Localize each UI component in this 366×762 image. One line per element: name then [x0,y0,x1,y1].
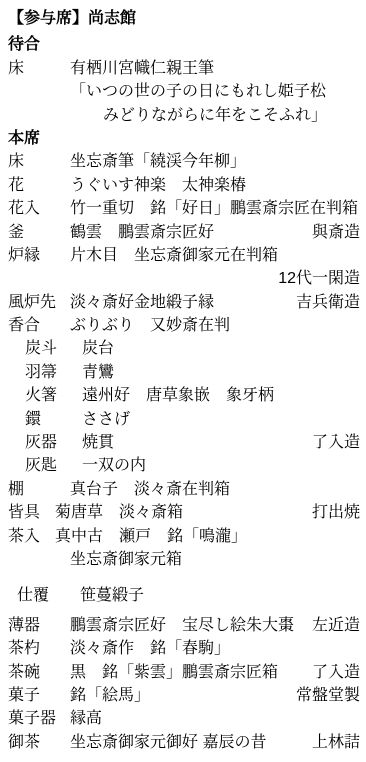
item-label: 茶入 [8,525,55,548]
item-label: 皆具 [8,501,55,524]
item-description: 鵬雲斎宗匠好 宝尽し絵朱大棗 [70,614,312,637]
item-description: 坐忘斎筆「繞渓今年柳」 [70,150,360,173]
item-description: 焼貫 [82,431,312,454]
item-label: 茶碗 [8,661,70,684]
item-label: 香合 [8,314,70,337]
item-label: 菓子器 [8,707,70,730]
item-description: うぐいす神楽 太神楽椿 [70,174,360,197]
maker-name: 吉兵衛造 [296,291,360,314]
record-row: 12代一閑造 [8,267,360,290]
document-title: 【参与席】尚志館 [8,7,360,30]
item-label: 御茶 [8,731,70,754]
record-row: 灰器焼貫了入造 [8,431,360,454]
maker-name: 了入造 [312,661,360,684]
record-row: 花うぐいす神楽 太神楽椿 [8,174,360,197]
item-description: 笹蔓緞子 [80,584,360,607]
record-row: 鐶ささげ [8,408,360,431]
item-description: 炭台 [82,337,360,360]
maker-name: 打出焼 [312,501,360,524]
item-description: 黒 銘「紫雲」鵬雲斎宗匠箱 [70,661,312,684]
item-description: 片木目 坐忘斎御家元在判箱 [70,244,360,267]
record-row: 火箸遠州好 唐草象嵌 象牙柄 [8,384,360,407]
item-label: 火箸 [8,384,82,407]
record-row: 灰匙一双の内 [8,454,360,477]
maker-name: 上林詰 [312,731,360,754]
maker-name: 常盤堂製 [296,684,360,707]
item-label: 鐶 [8,408,82,431]
item-description: 坐忘斎御家元御好 嘉辰の昔 [70,731,312,754]
item-description: 遠州好 唐草象嵌 象牙柄 [82,384,360,407]
record-row: 坐忘斎御家元箱 [8,548,360,571]
record-row: 炭斗炭台 [8,337,360,360]
maker-name: 了入造 [312,431,360,454]
record-row: 羽箒青鸞 [8,361,360,384]
item-description: 淡々斎好金地緞子縁 [70,291,296,314]
record-row: 釜鶴雲 鵬雲斎宗匠好與斎造 [8,221,360,244]
record-row: 風炉先淡々斎好金地緞子縁吉兵衛造 [8,291,360,314]
record-row: 棚真台子 淡々斎在判箱 [8,478,360,501]
item-label: 羽箒 [8,361,82,384]
item-description: 銘「絵馬」 [70,684,296,707]
item-label: 仕覆 [8,584,80,607]
record-row: 御茶坐忘斎御家元御好 嘉辰の昔上林詰 [8,731,360,754]
item-label: 釜 [8,221,70,244]
item-label: 花入 [8,197,70,220]
maker-name: 12代一閑造 [278,267,360,290]
item-description: ぶりぶり 又妙斎在判 [70,314,360,337]
item-label: 棚 [8,478,70,501]
record-row: 菓子銘「絵馬」常盤堂製 [8,684,360,707]
item-description: 有栖川宮幟仁親王筆 [70,57,360,80]
kaiki-document: 【参与席】尚志館 待合床有栖川宮幟仁親王筆「いつの世の子の日にもれし姫子松みどり… [0,0,366,754]
record-row: 炉縁片木目 坐忘斎御家元在判箱 [8,244,360,267]
item-description: ささげ [82,408,360,431]
record-row: 床坐忘斎筆「繞渓今年柳」 [8,150,360,173]
maker-name: 與斎造 [312,221,360,244]
record-row: 床有栖川宮幟仁親王筆 [8,57,360,80]
maker-name: 左近造 [312,614,360,637]
item-label: 菓子 [8,684,70,707]
record-row: 菓子器縁高 [8,707,360,730]
item-description: 一双の内 [82,454,360,477]
item-description: 「いつの世の子の日にもれし姫子松 [70,80,360,103]
record-row: 皆具菊唐草 淡々斎箱打出焼 [8,501,360,524]
item-label: 薄器 [8,614,70,637]
item-description: 竹一重切 銘「好日」鵬雲斎宗匠在判箱 [70,197,360,220]
record-lines: 待合床有栖川宮幟仁親王筆「いつの世の子の日にもれし姫子松みどりながらに年をこそふ… [8,33,360,754]
item-description: 青鸞 [82,361,360,384]
item-description: 真中古 瀬戸 銘「鳴瀧」 [55,525,360,548]
record-row: 仕覆笹蔓緞子 [8,584,360,607]
item-label: 床 [8,150,70,173]
item-description: みどりながらに年をこそふれ」 [70,104,360,127]
section-heading: 待合 [8,33,360,56]
item-description: 縁高 [70,707,360,730]
item-label: 風炉先 [8,291,70,314]
record-row: 「いつの世の子の日にもれし姫子松 [8,80,360,103]
record-row: 香合ぶりぶり 又妙斎在判 [8,314,360,337]
item-description: 真台子 淡々斎在判箱 [70,478,360,501]
item-description: 坐忘斎御家元箱 [70,548,360,571]
item-description: 菊唐草 淡々斎箱 [55,501,312,524]
item-label: 炭斗 [8,337,82,360]
section-heading: 本席 [8,127,360,150]
item-label: 炉縁 [8,244,70,267]
item-label: 灰器 [8,431,82,454]
record-row: 茶入真中古 瀬戸 銘「鳴瀧」 [8,525,360,548]
record-row: 薄器鵬雲斎宗匠好 宝尽し絵朱大棗左近造 [8,614,360,637]
item-label: 灰匙 [8,454,82,477]
item-description: 鶴雲 鵬雲斎宗匠好 [70,221,312,244]
item-label: 床 [8,57,70,80]
item-label: 茶杓 [8,637,70,660]
record-row: 茶碗黒 銘「紫雲」鵬雲斎宗匠箱了入造 [8,661,360,684]
record-row: みどりながらに年をこそふれ」 [8,104,360,127]
item-description: 淡々斎作 銘「春駒」 [70,637,360,660]
record-row: 花入竹一重切 銘「好日」鵬雲斎宗匠在判箱 [8,197,360,220]
item-label: 花 [8,174,70,197]
record-row: 茶杓淡々斎作 銘「春駒」 [8,637,360,660]
